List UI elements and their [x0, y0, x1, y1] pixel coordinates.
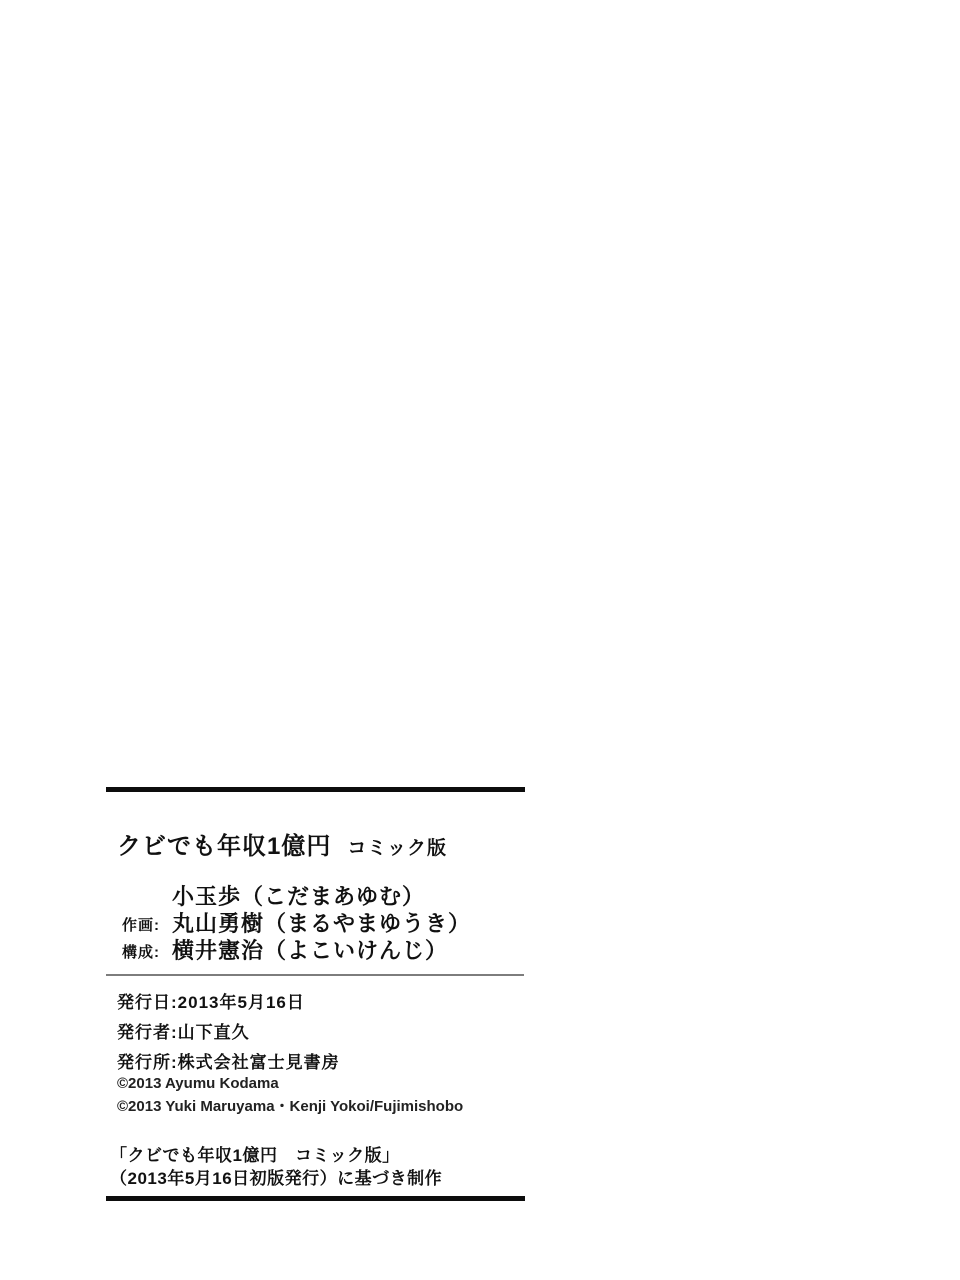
book-title: クビでも年収1億円コミック版 [117, 826, 525, 861]
colophon-page: クビでも年収1億円コミック版 小玉歩（こだまあゆむ） 作画: 丸山勇樹（まるやま… [0, 0, 960, 1280]
book-title-edition: コミック版 [347, 838, 447, 859]
publication-date-row: 発行日:2013年5月16日 [117, 988, 525, 1013]
top-divider-rule [106, 787, 525, 792]
publication-date-value: 2013年5月16日 [178, 993, 305, 1012]
edition-note-basis: （2013年5月16日初版発行）に基づき制作 [110, 1164, 525, 1189]
publisher-person-row: 発行者:山下直久 [117, 1018, 525, 1043]
credit-label-artist: 作画: [122, 914, 160, 935]
thin-divider-rule [106, 974, 524, 976]
edition-note-title: 「クビでも年収1億円 コミック版」 [110, 1141, 525, 1166]
copyright-line-artists: ©2013 Yuki Maruyama・Kenji Yokoi/Fujimish… [117, 1095, 525, 1116]
publisher-company-value: 株式会社富士見書房 [178, 1053, 340, 1072]
publisher-person-value: 山下直久 [178, 1023, 250, 1042]
credit-name-composition: 横井憲治（よこいけんじ） [172, 934, 448, 965]
publisher-company-row: 発行所:株式会社富士見書房 [117, 1048, 525, 1073]
bottom-divider-rule [106, 1196, 525, 1201]
copyright-line-author: ©2013 Ayumu Kodama [117, 1075, 525, 1092]
credit-label-composition: 構成: [122, 941, 160, 962]
publisher-person-label: 発行者: [117, 1023, 178, 1042]
publisher-company-label: 発行所: [117, 1053, 178, 1072]
publication-date-label: 発行日: [117, 993, 178, 1012]
credit-row-composition: 構成: 横井憲治（よこいけんじ） [105, 938, 525, 965]
book-title-main: クビでも年収1億円 [117, 833, 331, 860]
